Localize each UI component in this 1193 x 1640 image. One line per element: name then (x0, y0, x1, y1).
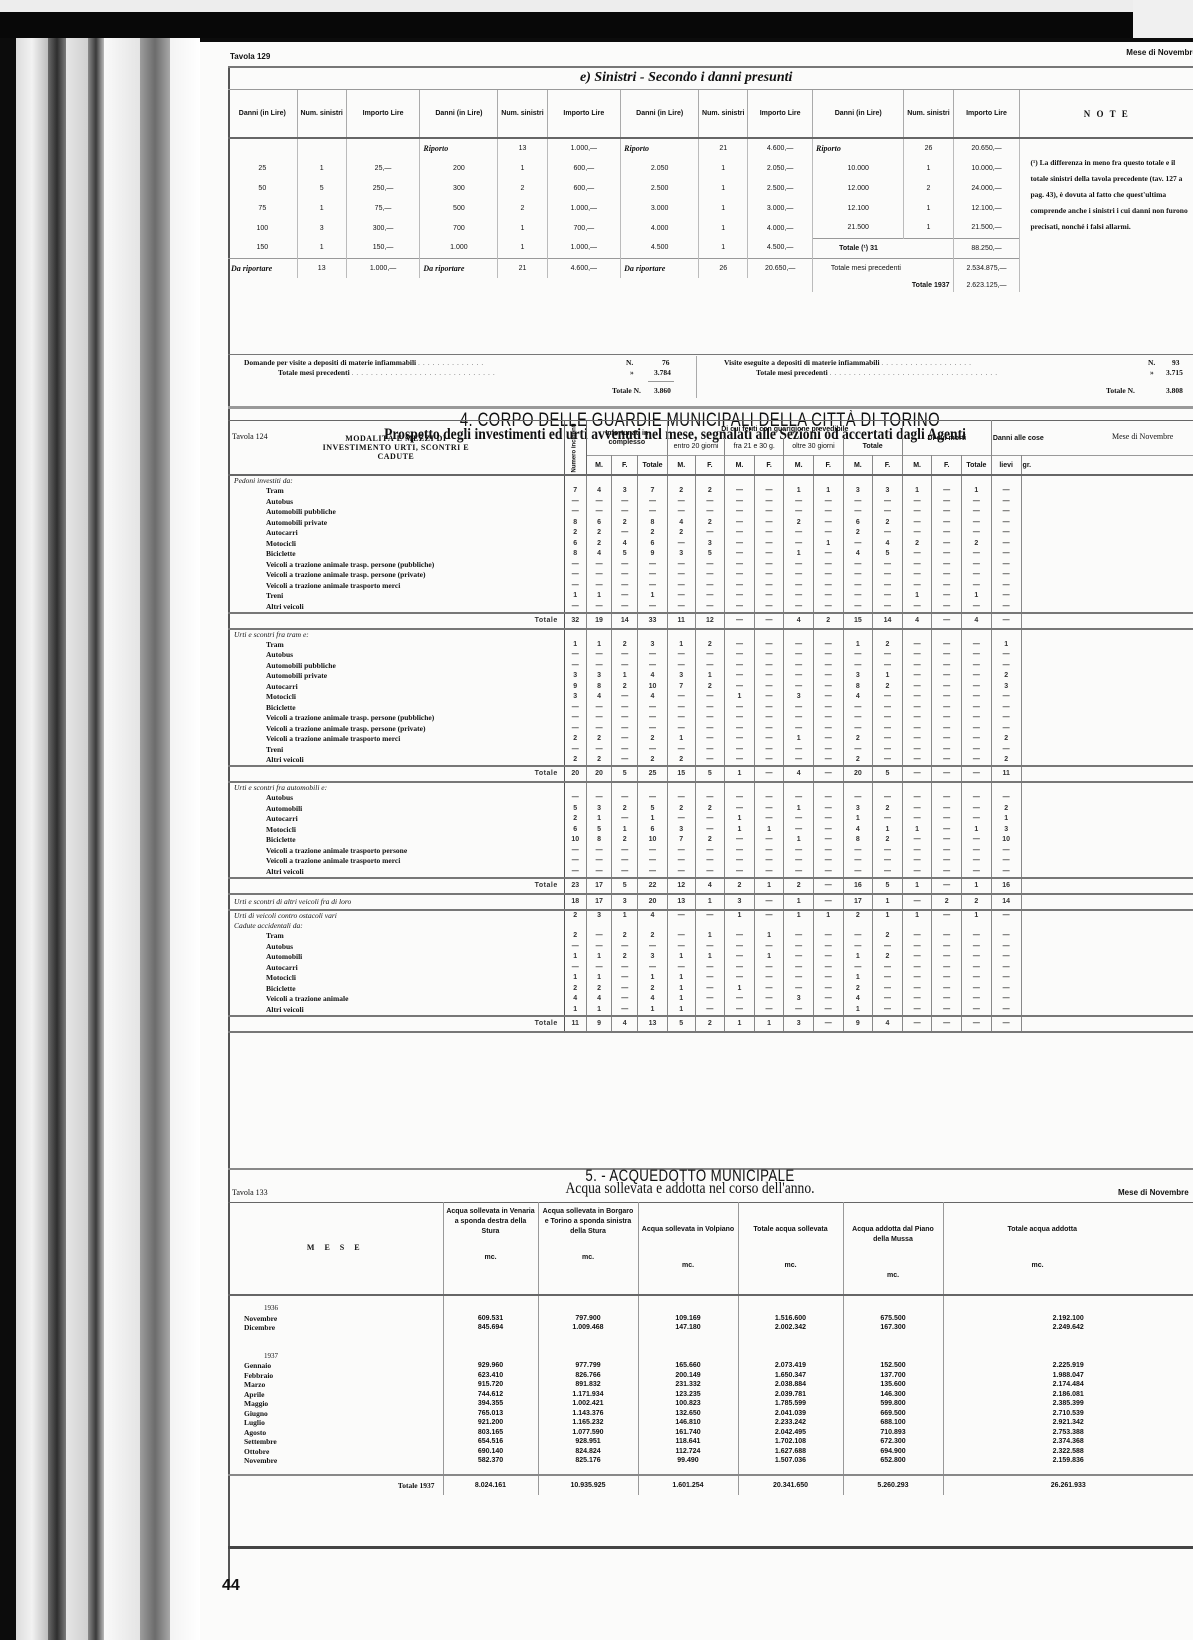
cell: — (813, 952, 843, 963)
cell: 5 (695, 766, 725, 782)
cell: — (725, 671, 755, 682)
cell (638, 1333, 738, 1343)
cell: 1 (961, 591, 991, 602)
cell: — (961, 835, 991, 846)
cell: — (667, 814, 695, 825)
cell: — (754, 682, 784, 693)
section-5-subtitle: Acqua sollevata e addotta nel corso dell… (469, 1180, 911, 1198)
cell: — (667, 856, 695, 867)
row-label: Automobili pubbliche (228, 507, 564, 518)
cell: — (813, 581, 843, 592)
cell: 582.370 (443, 1456, 538, 1466)
cell: 2 (843, 984, 873, 995)
month-label: Agosto (228, 1428, 443, 1438)
table-row: Urti e scontri fra automobili e: (228, 782, 1193, 793)
cell: — (813, 835, 843, 846)
cell: 3 (586, 804, 612, 815)
cell: — (932, 793, 962, 804)
cell: 3 (784, 1016, 814, 1032)
cell: — (638, 793, 668, 804)
cell: — (813, 661, 843, 672)
cell: 2 (667, 804, 695, 815)
table-row: Autocarri22—22—————2————— (228, 528, 1193, 539)
cell: — (991, 713, 1021, 724)
cell: 1 (695, 952, 725, 963)
cell: 13 (297, 258, 346, 278)
row-label: Tram (228, 640, 564, 651)
col-lievi: lievi (991, 456, 1021, 475)
cell: — (667, 661, 695, 672)
cell: 1 (784, 804, 814, 815)
cell: — (784, 497, 814, 508)
table-row: Marzo915.720891.832231.3322.038.884135.6… (228, 1380, 1193, 1390)
cell-totale: Totale (¹) 31 (813, 238, 904, 258)
row-label: Biciclette (228, 835, 564, 846)
cell: 300 (420, 178, 498, 198)
cell: 146.810 (638, 1418, 738, 1428)
book-spine-strip (170, 38, 200, 1640)
table-row: Novembre582.370825.17699.4901.507.036652… (228, 1456, 1193, 1466)
cell (443, 1333, 538, 1343)
cell: — (725, 703, 755, 714)
cell: 1 (695, 894, 725, 910)
cell: — (586, 713, 612, 724)
cell: 2.225.919 (943, 1361, 1193, 1371)
cell: — (813, 703, 843, 714)
cell: — (991, 973, 1021, 984)
cell: 26 (904, 138, 953, 158)
cell: — (991, 910, 1021, 921)
month-label: Luglio (228, 1418, 443, 1428)
cell: — (725, 507, 755, 518)
cell: 15 (667, 766, 695, 782)
cell: 10.000,— (953, 158, 1020, 178)
cell: — (873, 650, 903, 661)
cell (1021, 825, 1193, 836)
cell: — (961, 745, 991, 756)
cell: 1 (902, 825, 932, 836)
cell: — (754, 894, 784, 910)
cell: 5 (695, 549, 725, 560)
cell: — (813, 1016, 843, 1032)
cell: 1 (754, 931, 784, 942)
cell (738, 1466, 843, 1476)
cell: — (667, 591, 695, 602)
cell: — (961, 713, 991, 724)
cell: — (638, 497, 668, 508)
cell: — (991, 931, 1021, 942)
cell: — (932, 570, 962, 581)
notes-header: N O T E (1020, 90, 1193, 138)
cell: — (873, 1005, 903, 1016)
cell: 250,— (346, 178, 420, 198)
feriti-header: Di cui feriti con guarigione prevedibile (667, 421, 902, 439)
cell: 1 (638, 591, 668, 602)
cell: 2 (586, 539, 612, 550)
cell: 4.600,— (547, 258, 621, 278)
cell: 1 (961, 910, 991, 921)
cell: — (873, 745, 903, 756)
cell: 4 (843, 994, 873, 1005)
cell: 132.650 (638, 1409, 738, 1419)
cell: — (991, 994, 1021, 1005)
cell: — (991, 602, 1021, 613)
cell: — (873, 973, 903, 984)
cell: — (754, 846, 784, 857)
cell: 1 (813, 539, 843, 550)
cell: 12.100,— (953, 198, 1020, 218)
cell (873, 921, 903, 932)
cell: — (667, 539, 695, 550)
cell: — (784, 703, 814, 714)
cell: — (784, 984, 814, 995)
total-label: Totale (228, 613, 564, 629)
cell: — (843, 539, 873, 550)
cell: — (638, 650, 668, 661)
cell: — (612, 497, 638, 508)
cell (1021, 931, 1193, 942)
cell: — (843, 931, 873, 942)
cell: 1 (667, 994, 695, 1005)
col-header: Acqua addotta dal Piano della Mussamc. (843, 1203, 943, 1295)
col-m: M. (902, 456, 932, 475)
cell: 4.000 (621, 218, 699, 238)
cell: 2 (873, 835, 903, 846)
month-label: Gennaio (228, 1361, 443, 1371)
table-row: Veicoli a trazione animale trasporto per… (228, 846, 1193, 857)
month-label: Totale 1937 (228, 1475, 443, 1495)
row-label: Tram (228, 486, 564, 497)
cell: 2 (695, 835, 725, 846)
cell: 2 (725, 878, 755, 894)
cell: — (961, 692, 991, 703)
table-row: Veicoli a trazione animale trasp. person… (228, 724, 1193, 735)
cell: 1 (667, 973, 695, 984)
total-row: Totale20205251551—4—205———11 (228, 766, 1193, 782)
cell: 13 (667, 894, 695, 910)
cell (1021, 745, 1193, 756)
cell: — (564, 570, 586, 581)
cell: 8 (843, 835, 873, 846)
cell: — (902, 640, 932, 651)
cell: — (586, 650, 612, 661)
table-129-sinistri: Danni (in Lire) Num. sinistri Importo Li… (228, 90, 1193, 292)
cell: — (843, 591, 873, 602)
cell: — (754, 661, 784, 672)
cell (1021, 671, 1193, 682)
cell: — (991, 507, 1021, 518)
table-row: Treni———————————————— (228, 745, 1193, 756)
cell: — (667, 570, 695, 581)
col-header: Acqua sollevata in Volpianomc. (638, 1203, 738, 1295)
cell (638, 1342, 738, 1352)
cell: 3 (586, 671, 612, 682)
cell: — (667, 650, 695, 661)
cell: — (991, 581, 1021, 592)
cell: 1 (725, 1016, 755, 1032)
cell: 7 (564, 486, 586, 497)
cell: 21.500,— (953, 218, 1020, 238)
table-row: Biciclette———————————————— (228, 703, 1193, 714)
cell: 2.038.884 (738, 1380, 843, 1390)
cell: 1 (564, 973, 586, 984)
cell: — (725, 846, 755, 857)
cell: — (813, 994, 843, 1005)
row-label: Veicoli a trazione animale trasporto per… (228, 846, 564, 857)
cell: 2 (564, 528, 586, 539)
row-label: Autocarri (228, 528, 564, 539)
cell: 1.000,— (547, 238, 621, 258)
visite-text: Visite eseguite a depositi di materie in… (724, 358, 880, 367)
cell (1021, 782, 1193, 793)
cell (991, 921, 1021, 932)
cell: — (754, 486, 784, 497)
cell (873, 629, 903, 640)
cell: — (754, 581, 784, 592)
cell: 2.174.484 (943, 1380, 1193, 1390)
cell: — (813, 825, 843, 836)
table-row: Novembre609.531797.900109.1691.516.60067… (228, 1314, 1193, 1324)
cell: 3 (638, 640, 668, 651)
cell: — (784, 973, 814, 984)
cell (1021, 952, 1193, 963)
cell: — (961, 793, 991, 804)
cell: — (902, 671, 932, 682)
cell: — (873, 570, 903, 581)
cell: 977.799 (538, 1361, 638, 1371)
cell: — (932, 1016, 962, 1032)
cell: — (586, 661, 612, 672)
cell: 2 (873, 804, 903, 815)
cell (784, 921, 814, 932)
cell: — (725, 745, 755, 756)
cell: 11 (564, 1016, 586, 1032)
col-gravi: gr. (1021, 456, 1193, 475)
cell: 1 (754, 878, 784, 894)
cell: — (754, 963, 784, 974)
cell: — (784, 1005, 814, 1016)
cell: — (932, 931, 962, 942)
cell (228, 1342, 443, 1352)
cell: — (843, 560, 873, 571)
cell: — (667, 497, 695, 508)
cell (228, 1333, 443, 1343)
cell: — (638, 713, 668, 724)
cell (1021, 724, 1193, 735)
cell: 112.724 (638, 1447, 738, 1457)
cell (738, 1333, 843, 1343)
cell: 100 (228, 218, 297, 238)
cell: 1 (784, 486, 814, 497)
cell: — (902, 755, 932, 766)
cell: — (991, 692, 1021, 703)
cell: — (695, 650, 725, 661)
cell: — (932, 703, 962, 714)
cell: 672.300 (843, 1437, 943, 1447)
cell: — (932, 486, 962, 497)
cell: 2 (638, 931, 668, 942)
cell (843, 1295, 943, 1305)
cell: 4 (638, 692, 668, 703)
cell: 147.180 (638, 1323, 738, 1333)
col-f: F. (612, 456, 638, 475)
cell: 161.740 (638, 1428, 738, 1438)
cell: — (813, 724, 843, 735)
cell: 1 (902, 878, 932, 894)
cell: — (564, 497, 586, 508)
cell: — (961, 952, 991, 963)
cell: 824.824 (538, 1447, 638, 1457)
cell: — (961, 507, 991, 518)
cell (843, 475, 873, 486)
cell: — (667, 867, 695, 878)
unit-label: mc. (1008, 1261, 1192, 1271)
cell: — (564, 661, 586, 672)
cell: — (932, 528, 962, 539)
cell (638, 1352, 738, 1362)
cell: — (813, 745, 843, 756)
cell: — (725, 518, 755, 529)
cell: 2.500 (621, 178, 699, 198)
cell: 146.300 (843, 1390, 943, 1400)
cell: — (695, 713, 725, 724)
table-row: Tram2—22—1—1———2———— (228, 931, 1193, 942)
cell: — (961, 650, 991, 661)
cell (538, 1466, 638, 1476)
cell: 2.322.588 (943, 1447, 1193, 1457)
cell: — (991, 661, 1021, 672)
cell: 5 (297, 178, 346, 198)
cell (843, 1333, 943, 1343)
row-label: Altri veicoli (228, 755, 564, 766)
cell: — (695, 528, 725, 539)
cell: 5 (873, 549, 903, 560)
col-m: M. (667, 456, 695, 475)
cell (813, 921, 843, 932)
cell: — (843, 570, 873, 581)
scanner-top-shadow (0, 12, 1193, 38)
cell: 100.823 (638, 1399, 738, 1409)
cell (843, 1304, 943, 1314)
cell: — (586, 745, 612, 756)
col-header: Acqua sollevata in Venaria a sponda dest… (443, 1203, 538, 1295)
cell: — (612, 856, 638, 867)
table-row: Altri veicoli———————————————— (228, 867, 1193, 878)
cell: 600,— (547, 158, 621, 178)
cell: — (586, 497, 612, 508)
cell: 26 (699, 258, 748, 278)
cell: — (843, 745, 873, 756)
cell (1021, 867, 1193, 878)
cell (904, 238, 953, 258)
cell: — (784, 724, 814, 735)
row-label: Automobili private (228, 671, 564, 682)
cell (564, 475, 586, 486)
cell: — (932, 804, 962, 815)
cell: — (873, 703, 903, 714)
cell: — (843, 867, 873, 878)
cell: — (991, 497, 1021, 508)
cell: 2 (873, 952, 903, 963)
cell: 2 (564, 910, 586, 921)
domande-total-value: 3.860 (654, 386, 671, 395)
cell (1021, 814, 1193, 825)
cell: — (754, 539, 784, 550)
cell: 2 (695, 518, 725, 529)
cell: — (754, 910, 784, 921)
cell: — (961, 1005, 991, 1016)
cell (991, 475, 1021, 486)
cell: 1 (843, 1005, 873, 1016)
visite-label: Visite eseguite a depositi di materie in… (724, 358, 974, 367)
cell: 150 (228, 238, 297, 258)
cell (1021, 994, 1193, 1005)
cell: — (961, 963, 991, 974)
cell: 599.800 (843, 1399, 943, 1409)
cell: — (902, 703, 932, 714)
cell: 1 (586, 952, 612, 963)
cell: — (667, 931, 695, 942)
cell: 500 (420, 198, 498, 218)
cell: 6 (638, 539, 668, 550)
cell: — (638, 602, 668, 613)
cell (1021, 973, 1193, 984)
cell: 2 (586, 734, 612, 745)
cell: — (902, 766, 932, 782)
cell: 3 (638, 952, 668, 963)
danni-header: Danni alle cose (991, 421, 1193, 456)
cell (538, 1304, 638, 1314)
cell (738, 1295, 843, 1305)
cell: — (638, 846, 668, 857)
infortunati-header: Infortunati in complesso (586, 421, 667, 456)
table-row: Autocarri21—1——1———1————1 (228, 814, 1193, 825)
cell: 3 (612, 894, 638, 910)
cell-da-riportare: Da riportare (228, 258, 297, 278)
cell (725, 629, 755, 640)
cell: — (873, 661, 903, 672)
cell: 3 (667, 825, 695, 836)
cell: — (784, 661, 814, 672)
group-label: Urti e scontri fra tram e: (228, 629, 564, 640)
cell: — (695, 994, 725, 1005)
cell: — (813, 804, 843, 815)
cell: 2 (695, 640, 725, 651)
cell: 9 (586, 1016, 612, 1032)
cell: 803.165 (443, 1428, 538, 1438)
cell (738, 1304, 843, 1314)
cell: — (961, 942, 991, 953)
cell (754, 629, 784, 640)
table-row: Automobili private862842——2—62———— (228, 518, 1193, 529)
cell (813, 782, 843, 793)
cell: 1 (813, 910, 843, 921)
divider (228, 66, 1193, 68)
cell: — (991, 591, 1021, 602)
cell (754, 782, 784, 793)
dot-leader: .............. (418, 358, 486, 367)
cell (1021, 835, 1193, 846)
cell: 5 (564, 804, 586, 815)
cell: — (725, 931, 755, 942)
table-header-row: Danni (in Lire) Num. sinistri Importo Li… (228, 90, 1193, 138)
cell: — (902, 692, 932, 703)
cell: 1 (784, 835, 814, 846)
cell: — (813, 793, 843, 804)
cell: 200 (420, 158, 498, 178)
cell: — (813, 856, 843, 867)
cell: — (754, 942, 784, 953)
